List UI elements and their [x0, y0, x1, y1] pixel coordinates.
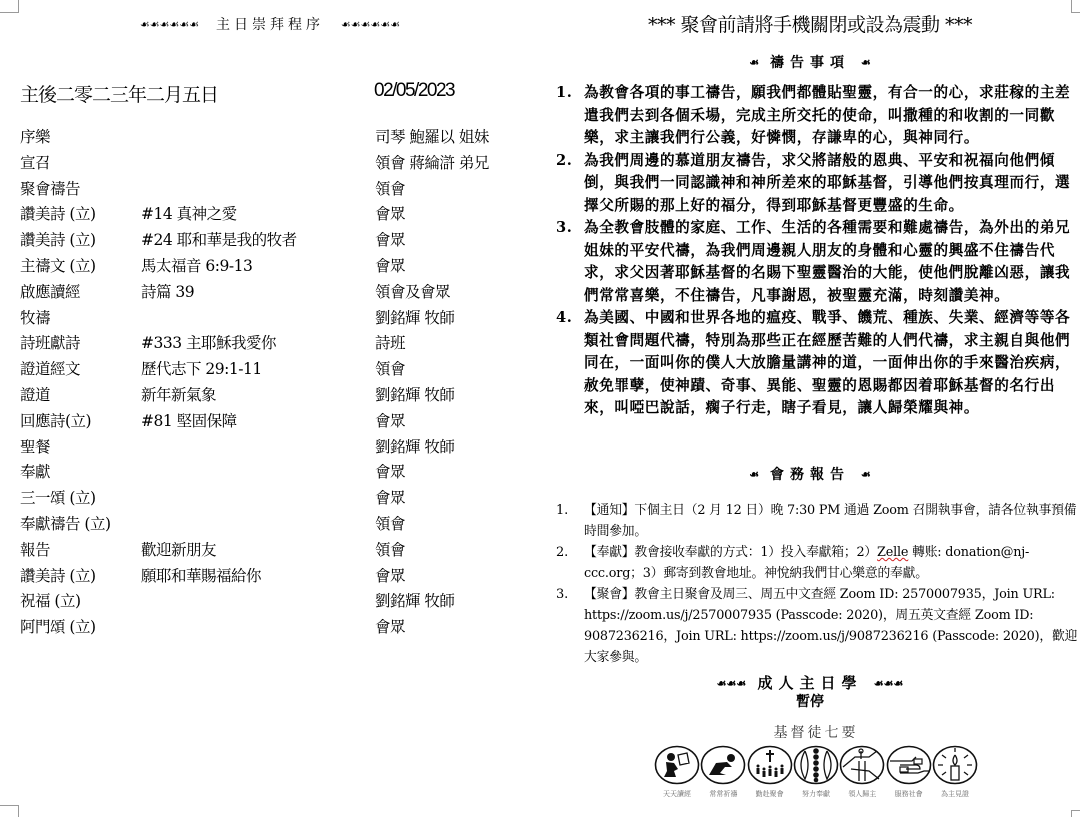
program-item: 證道 [20, 383, 50, 409]
program-leader: 會眾 [375, 202, 405, 228]
worship-order-page: ☙☙☙☙☙☙ 主日崇拜程序 ☙☙☙☙☙☙ 主後二零二三年二月五日 02/05/2… [0, 0, 540, 817]
praying-icon [700, 745, 746, 785]
ornament-icon: ☙ [749, 468, 759, 481]
seven-essentials-title: 基督徒七要 [654, 722, 978, 742]
program-row: 序樂司琴 鮑羅以 姐妹 [20, 125, 520, 151]
program-item: 啟應讀經 [20, 280, 80, 306]
prayer-item: 3.為全教會肢體的家庭、工作、生活的各種需要和難處禱告，為外出的弟兄姐妹的平安代… [556, 217, 1074, 307]
badge-witness: 為主見證 [932, 745, 978, 799]
program-item: 奉獻 [20, 460, 50, 486]
program-item: 奉獻禱告 (立) [20, 512, 111, 538]
program-item: 序樂 [20, 125, 50, 151]
news-item: 2.【奉獻】教會接收奉獻的方式：1）投入奉獻箱；2）Zelle 轉账: dona… [556, 542, 1080, 584]
program-item: 讚美詩 (立) [20, 564, 96, 590]
badge-evangelism: 領人歸主 [839, 745, 885, 799]
prayer-item: 1.為教會各項的事工禱告，願我們都體貼聖靈，有合一的心，求莊稼的主差遣我們去到各… [556, 82, 1074, 150]
program-list: 序樂司琴 鮑羅以 姐妹宣召領會 蔣綸滸 弟兄聚會禱告領會讚美詩 (立)#14 真… [20, 125, 520, 641]
program-row: 詩班獻詩#333 主耶穌我愛你詩班 [20, 331, 520, 357]
ornament-left-icon: ☙☙☙ [717, 677, 747, 690]
date-chinese: 主後二零二三年二月五日 [20, 80, 218, 107]
program-item: 祝福 (立) [20, 589, 81, 615]
program-detail: 歡迎新朋友 [141, 538, 216, 564]
program-row: 讚美詩 (立)#14 真神之愛會眾 [20, 202, 520, 228]
prayer-item: 4.為美國、中國和世界各地的瘟疫、戰爭、饑荒、種族、失業、經濟等等各類社會問題代… [556, 307, 1074, 420]
program-item: 回應詩(立) [20, 409, 91, 435]
ornament-left-icon: ☙☙☙☙☙☙ [140, 18, 199, 31]
prayer-list: 1.為教會各項的事工禱告，願我們都體貼聖靈，有合一的心，求莊稼的主差遣我們去到各… [556, 82, 1074, 420]
program-leader: 劉銘輝 牧師 [375, 589, 454, 615]
badge-gathering: 勤赴聚會 [747, 745, 793, 799]
date-numeric: 02/05/2023 [374, 80, 454, 102]
program-row: 聖餐劉銘輝 牧師 [20, 435, 520, 461]
program-leader: 詩班 [375, 331, 405, 357]
program-row: 宣召領會 蔣綸滸 弟兄 [20, 151, 520, 177]
program-detail: 馬太福音 6:9-13 [141, 254, 252, 280]
program-leader: 領會及會眾 [375, 280, 450, 306]
program-item: 牧禱 [20, 306, 50, 332]
witness-candle-icon [932, 745, 978, 785]
program-leader: 會眾 [375, 228, 405, 254]
program-leader: 會眾 [375, 460, 405, 486]
program-item: 讚美詩 (立) [20, 202, 96, 228]
program-detail: 新年新氣象 [141, 383, 216, 409]
news-section-title: ☙ 會務報告 ☙ [540, 464, 1080, 484]
program-row: 三一頌 (立)會眾 [20, 486, 520, 512]
badge-serving: 服務社會 [886, 745, 932, 799]
program-row: 聚會禱告領會 [20, 177, 520, 203]
program-item: 報告 [20, 538, 50, 564]
program-detail: #14 真神之愛 [141, 202, 237, 228]
news-list: 1.【通知】下個主日（2 月 12 日）晚 7:30 PM 通過 Zoom 召開… [556, 500, 1080, 668]
program-item: 詩班獻詩 [20, 331, 80, 357]
program-item: 三一頌 (立) [20, 486, 96, 512]
program-detail: #333 主耶穌我愛你 [141, 331, 276, 357]
program-leader: 劉銘輝 牧師 [375, 383, 454, 409]
evangelism-icon [839, 745, 885, 785]
program-item: 阿門頌 (立) [20, 615, 96, 641]
program-item: 宣召 [20, 151, 50, 177]
program-leader: 劉銘輝 牧師 [375, 306, 454, 332]
program-row: 阿門頌 (立)會眾 [20, 615, 520, 641]
prayer-section-title: ☙ 禱告事項 ☙ [540, 52, 1080, 72]
ornament-icon: ☙ [861, 468, 871, 481]
program-row: 牧禱劉銘輝 牧師 [20, 306, 520, 332]
ornament-icon: ☙ [861, 56, 871, 69]
program-leader: 會眾 [375, 486, 405, 512]
program-leader: 領會 [375, 538, 405, 564]
program-leader: 領會 [375, 357, 405, 383]
program-detail: #81 堅固保障 [141, 409, 237, 435]
program-leader: 會眾 [375, 254, 405, 280]
program-leader: 會眾 [375, 564, 405, 590]
program-item: 讚美詩 (立) [20, 228, 96, 254]
phone-notice: *** 聚會前請將手機關閉或設為震動 *** [540, 10, 1080, 37]
church-gathering-icon [747, 745, 793, 785]
program-leader: 司琴 鮑羅以 姐妹 [375, 125, 489, 151]
program-leader: 領會 [375, 177, 405, 203]
program-detail: 詩篇 39 [141, 280, 194, 306]
sunday-school-status: 暫停 [540, 691, 1080, 711]
ornament-right-icon: ☙☙☙ [874, 677, 904, 690]
reading-bible-icon [654, 745, 700, 785]
spellcheck-word: Zelle [877, 545, 908, 560]
badge-offering: 努力奉獻 [793, 745, 839, 799]
sunday-school-title: ☙☙☙ 成人主日學 ☙☙☙ [540, 672, 1080, 693]
serving-society-icon [886, 745, 932, 785]
badge-reading: 天天讀經 [654, 745, 700, 799]
program-leader: 會眾 [375, 409, 405, 435]
program-row: 證道經文歷代志下 29:1-11領會 [20, 357, 520, 383]
program-item: 證道經文 [20, 357, 80, 383]
program-leader: 劉銘輝 牧師 [375, 435, 454, 461]
worship-order-title: ☙☙☙☙☙☙ 主日崇拜程序 ☙☙☙☙☙☙ [0, 14, 540, 34]
program-row: 讚美詩 (立)#24 耶和華是我的牧者會眾 [20, 228, 520, 254]
program-row: 報告歡迎新朋友領會 [20, 538, 520, 564]
program-leader: 會眾 [375, 615, 405, 641]
offering-icon [793, 745, 839, 785]
program-row: 讚美詩 (立)願耶和華賜福給你會眾 [20, 564, 520, 590]
title-text: 主日崇拜程序 [216, 17, 324, 33]
program-item: 主禱文 (立) [20, 254, 96, 280]
announcements-page: *** 聚會前請將手機關閉或設為震動 *** ☙ 禱告事項 ☙ 1.為教會各項的… [540, 0, 1080, 817]
seven-essentials-graphic: 基督徒七要 天天讀經 常常祈禱 勤赴聚會 努力奉獻 領人歸主 [654, 722, 978, 799]
program-row: 證道新年新氣象劉銘輝 牧師 [20, 383, 520, 409]
program-detail: 願耶和華賜福給你 [141, 564, 261, 590]
program-detail: 歷代志下 29:1-11 [141, 357, 262, 383]
program-row: 奉獻禱告 (立)領會 [20, 512, 520, 538]
prayer-item: 2.為我們周邊的慕道朋友禱告，求父將諸般的恩典、平安和祝福向他們傾倒，與我們一同… [556, 150, 1074, 218]
program-leader: 領會 [375, 512, 405, 538]
program-item: 聚會禱告 [20, 177, 80, 203]
news-item: 1.【通知】下個主日（2 月 12 日）晚 7:30 PM 通過 Zoom 召開… [556, 500, 1080, 542]
program-row: 啟應讀經詩篇 39領會及會眾 [20, 280, 520, 306]
program-item: 聖餐 [20, 435, 50, 461]
program-row: 祝福 (立)劉銘輝 牧師 [20, 589, 520, 615]
program-row: 奉獻會眾 [20, 460, 520, 486]
badge-praying: 常常祈禱 [700, 745, 746, 799]
ornament-right-icon: ☙☙☙☙☙☙ [341, 18, 400, 31]
ornament-icon: ☙ [749, 56, 759, 69]
program-row: 回應詩(立)#81 堅固保障會眾 [20, 409, 520, 435]
news-item: 3.【聚會】教會主日聚會及周三、周五中文查經 Zoom ID: 25700079… [556, 584, 1080, 668]
program-leader: 領會 蔣綸滸 弟兄 [375, 151, 489, 177]
program-detail: #24 耶和華是我的牧者 [141, 228, 297, 254]
program-row: 主禱文 (立)馬太福音 6:9-13會眾 [20, 254, 520, 280]
